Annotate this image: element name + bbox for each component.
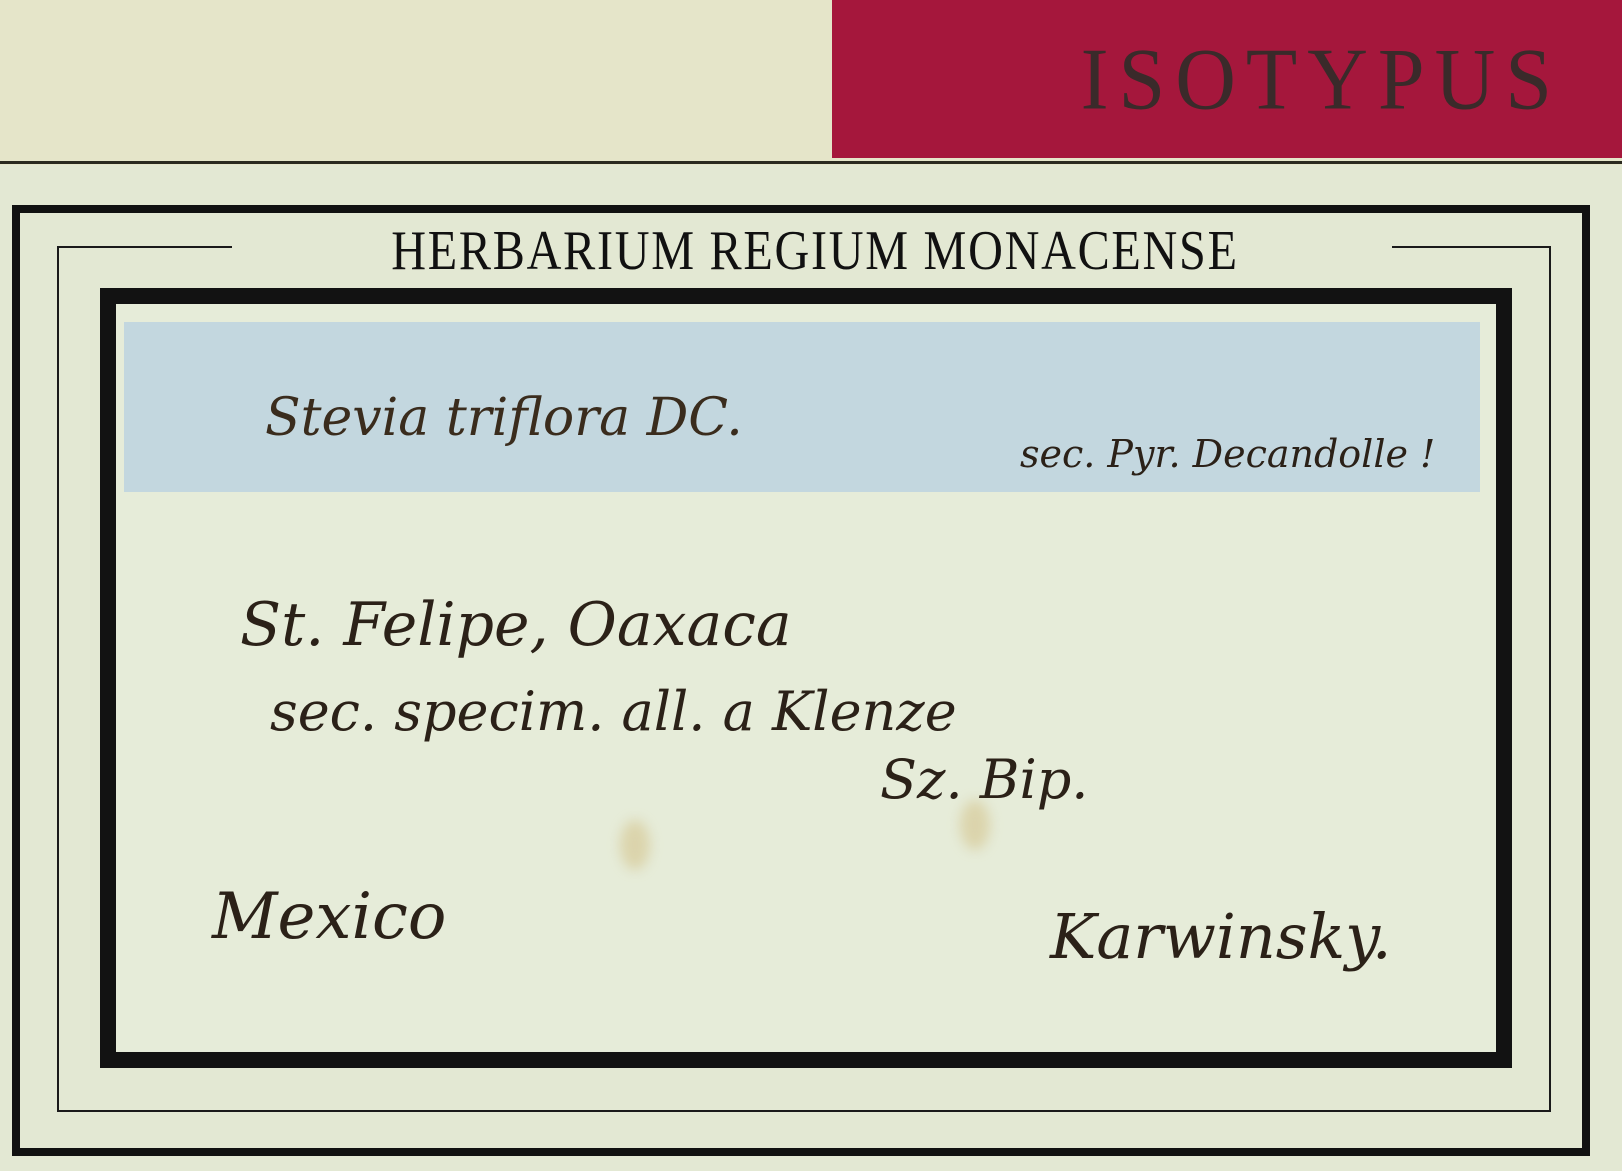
paper-stain (620, 820, 650, 870)
isotype-stamp-text: ISOTYPUS (1081, 28, 1562, 130)
paper-stain (960, 800, 990, 850)
locality-line-3: Sz. Bip. (880, 748, 1088, 811)
country: Mexico (212, 880, 446, 954)
locality-line-1: St. Felipe, Oaxaca (240, 590, 792, 660)
collector: Karwinsky. (1050, 900, 1392, 973)
locality-line-2: sec. specim. all. a Klenze (270, 680, 957, 743)
taxon-name: Stevia triflora DC. (265, 388, 743, 448)
isotype-stamp: ISOTYPUS (832, 0, 1622, 158)
label-top-edge (0, 161, 1622, 164)
determiner: sec. Pyr. Decandolle ! (1020, 432, 1435, 476)
herbarium-title: HERBARIUM REGIUM MONACENSE (321, 218, 1310, 284)
